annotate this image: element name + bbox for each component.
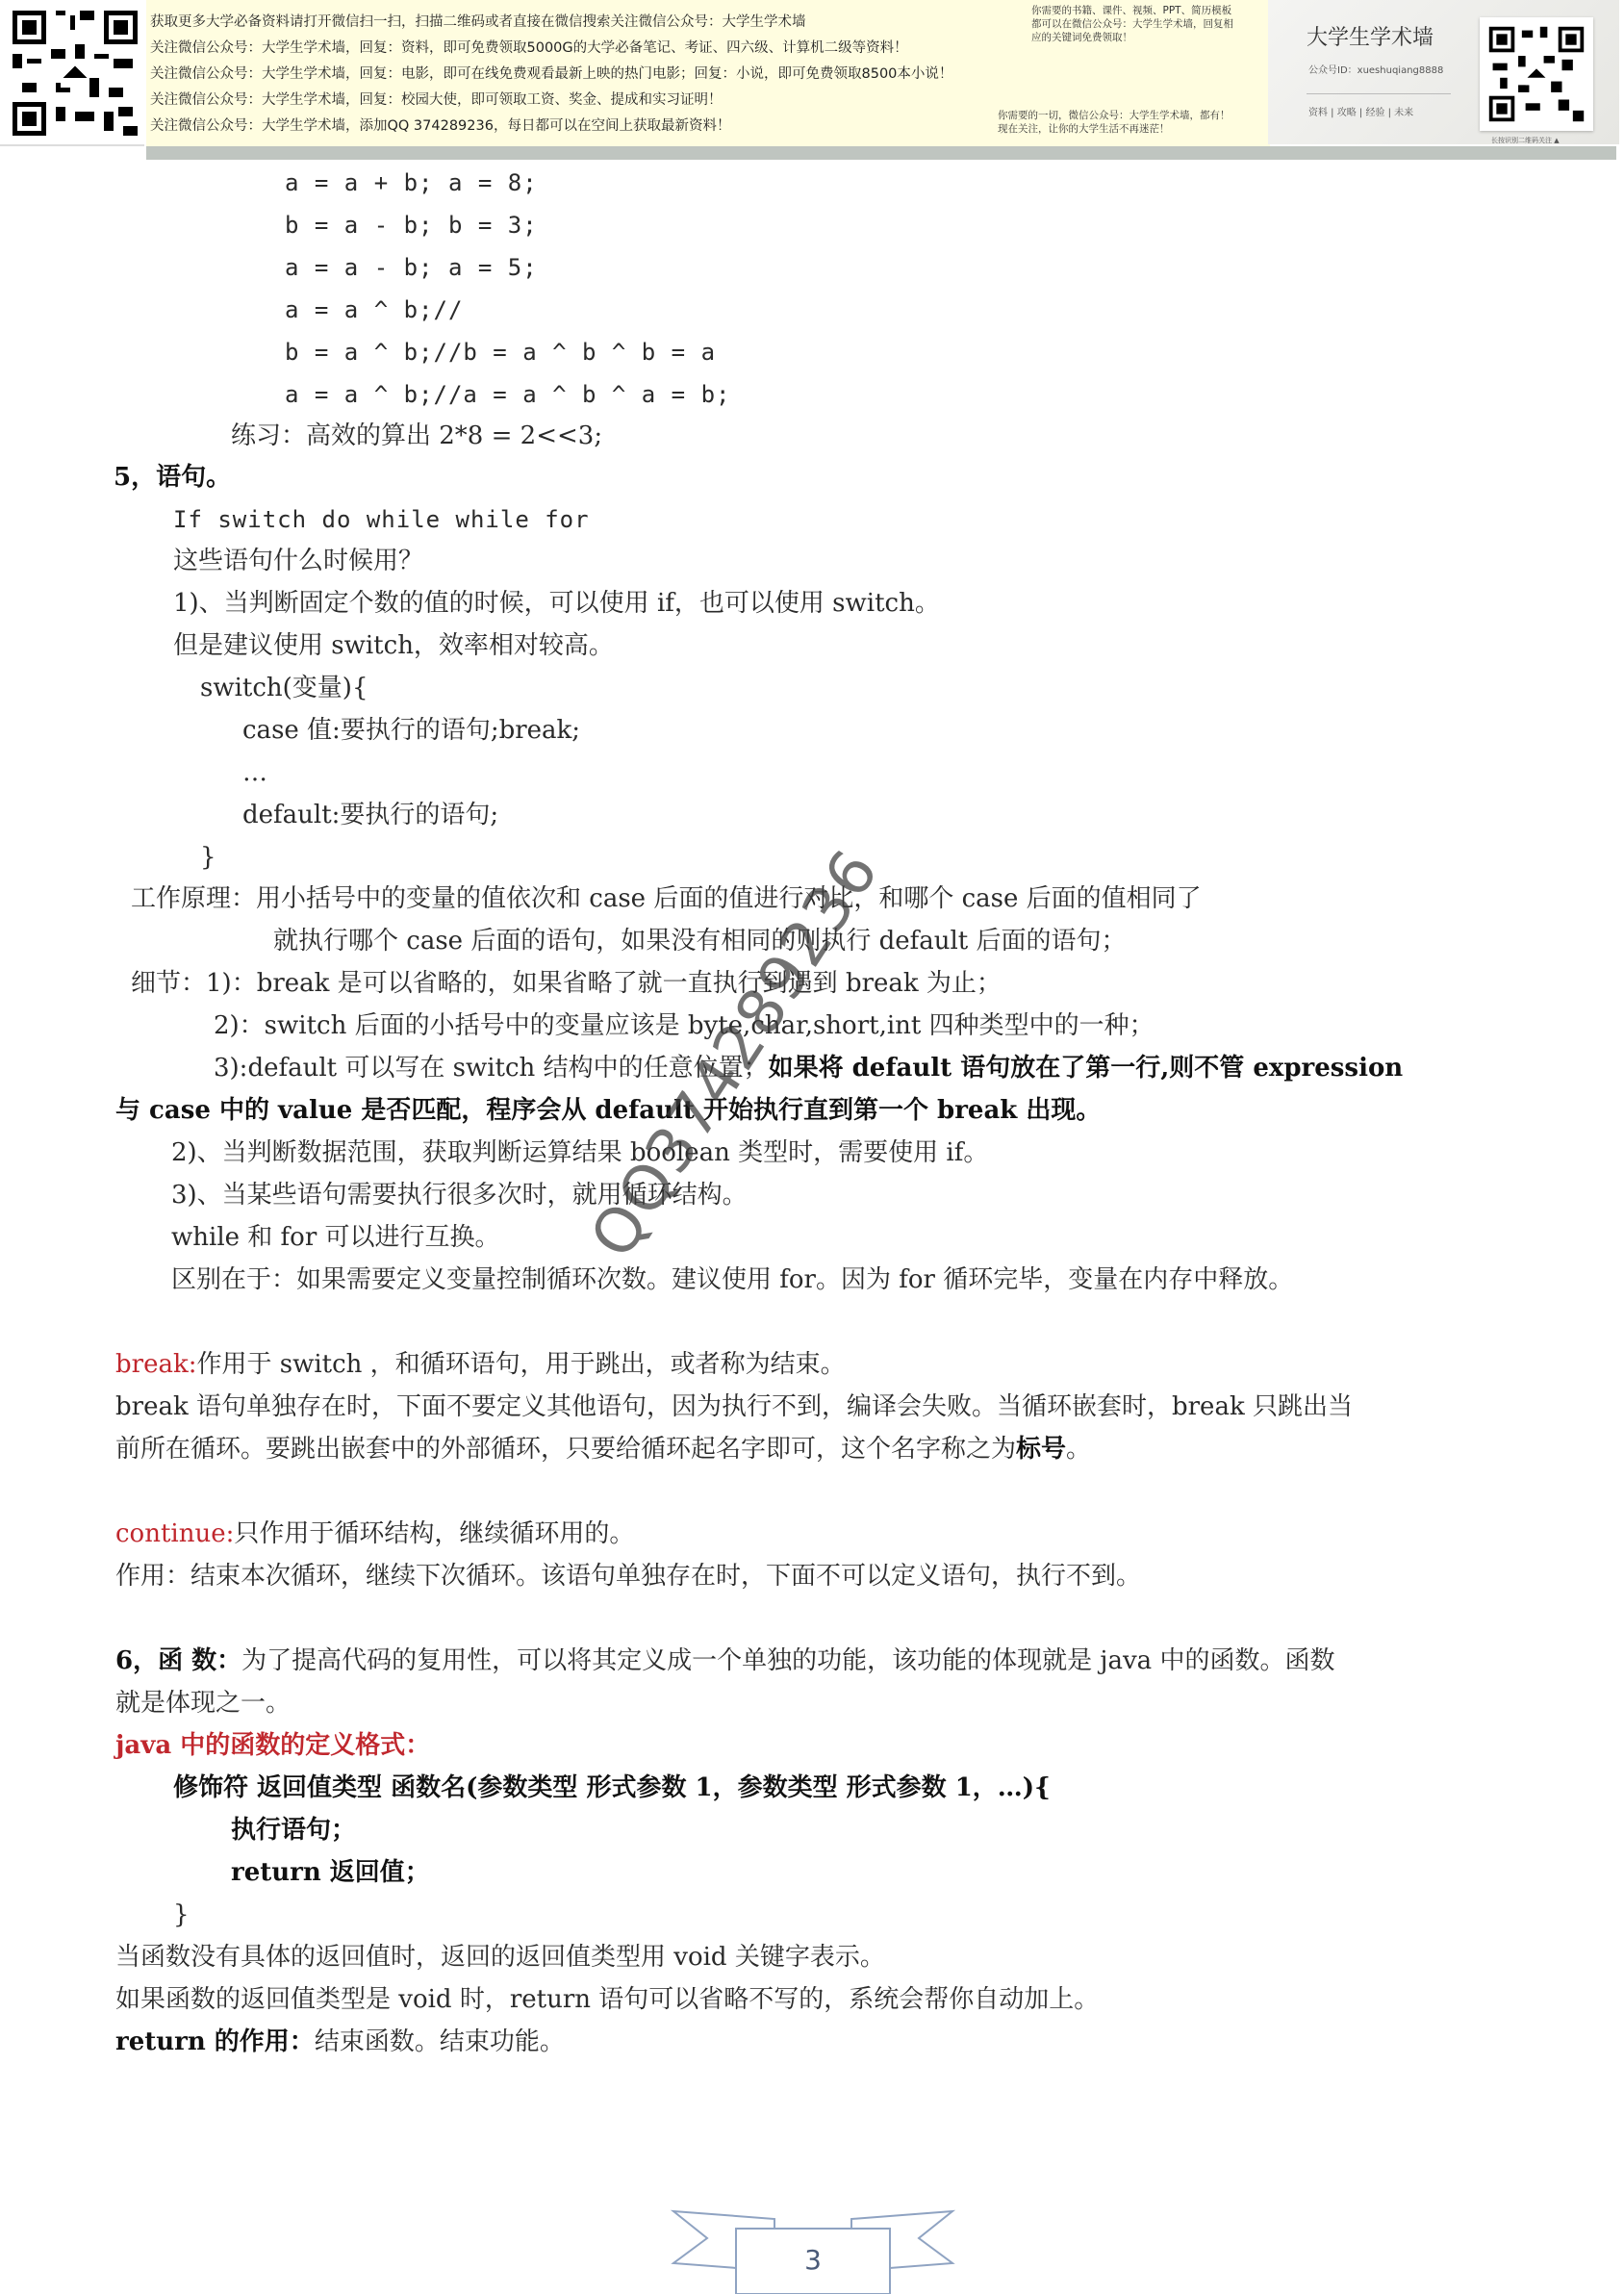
code-line: a = a ^ b;// (285, 294, 463, 325)
promo-note-line: 你需要的书籍、课件、视频、PPT、简历模板 (1031, 4, 1291, 17)
promo-text-panel: 获取更多大学必备资料请打开微信扫一扫，扫描二维码或者直接在微信搜索关注微信公众号… (146, 0, 1270, 146)
promo-note-line: 都可以在微信公众号：大学生学术墙，回复相 (1031, 17, 1291, 31)
label: 工作原理： (131, 884, 256, 913)
code-line: } (200, 842, 216, 873)
paragraph: while 和 for 可以进行互换。 (171, 1222, 500, 1253)
promo-note-line: 现在关注，让你的大学生活不再迷茫！ (998, 122, 1286, 136)
divider (1307, 93, 1451, 94)
subheading: java 中的函数的定义格式： (115, 1730, 430, 1761)
text: 前所在循环。要跳出嵌套中的外部循环，只要给循环起名字即可，这个名字称之为 (115, 1435, 1016, 1464)
text: 用小括号中的变量的值依次和 case 后面的值进行对比，和哪个 case 后面的… (256, 884, 1202, 913)
qr-code-left (8, 6, 142, 140)
code-line: case 值:要执行的语句;break; (242, 715, 580, 746)
code-line: b = a - b; b = 3; (285, 210, 538, 241)
paragraph: 这些语句什么时候用？ (173, 546, 423, 576)
label: return 的作用： (115, 2027, 315, 2056)
paragraph: 3):default 可以写在 switch 结构中的任意位置；如果将 defa… (214, 1053, 1403, 1083)
keyword-list: If switch do while while for (173, 504, 590, 535)
paragraph: 前所在循环。要跳出嵌套中的外部循环，只要给循环起名字即可，这个名字称之为标号。 (115, 1434, 1091, 1465)
paragraph: 就是体现之一。 (115, 1688, 291, 1719)
code-line: return 返回值； (231, 1857, 430, 1888)
promo-line: 关注微信公众号：大学生学术墙，回复：校园大使，即可领取工资、奖金、提成和实习证明… (150, 88, 952, 114)
text: 只作用于循环结构，继续循环用的。 (234, 1519, 634, 1548)
paragraph: 区别在于：如果需要定义变量控制循环次数。建议使用 for。因为 for 循环完毕… (171, 1264, 1293, 1295)
paragraph: 就执行哪个 case 后面的语句，如果没有相同的则执行 default 后面的语… (273, 926, 1127, 956)
code-line: a = a ^ b;//a = a ^ b ^ a = b; (285, 379, 730, 410)
divider (0, 144, 144, 146)
account-title: 大学生学术墙 (1307, 21, 1434, 51)
label: 细节： (131, 969, 206, 998)
page-number: 3 (669, 2244, 957, 2276)
text: 作用于 switch ，和循环语句，用于跳出，或者称为结束。 (196, 1350, 845, 1379)
account-links: 资料 | 攻略 | 经验 | 未来 (1308, 104, 1413, 118)
paragraph: 工作原理：用小括号中的变量的值依次和 case 后面的值进行对比，和哪个 cas… (131, 883, 1202, 914)
paragraph: 2)：switch 后面的小括号中的变量应该是 byte,char,short,… (214, 1010, 1155, 1041)
account-id: 公众号ID：xueshuqiang8888 (1308, 62, 1443, 76)
paragraph: 细节：1)：break 是可以省略的，如果省略了就一直执行到遇到 break 为… (131, 968, 1002, 999)
promo-note-line: 应的关键词免费领取！ (1031, 31, 1291, 44)
paragraph: 但是建议使用 switch，效率相对较高。 (173, 630, 614, 661)
code-line: a = a - b; a = 5; (285, 252, 538, 283)
code-line: } (173, 1899, 190, 1930)
code-line: b = a ^ b;//b = a ^ b ^ b = a (285, 337, 716, 368)
code-line: 修饰符 返回值类型 函数名(参数类型 形式参数 1，参数类型 形式参数 1，…)… (173, 1772, 1051, 1803)
account-card: 大学生学术墙 公众号ID：xueshuqiang8888 资料 | 攻略 | 经… (1268, 0, 1619, 144)
promo-note-line: 你需要的一切，微信公众号：大学生学术墙，都有！ (998, 109, 1286, 122)
paragraph: break 语句单独存在时，下面不要定义其他语句，因为执行不到，编译会失败。当循… (115, 1391, 1353, 1422)
paragraph: break:作用于 switch ，和循环语句，用于跳出，或者称为结束。 (115, 1349, 846, 1380)
paragraph: 1)、当判断固定个数的值的时候，可以使用 if，也可以使用 switch。 (173, 588, 940, 619)
text: 结束函数。结束功能。 (315, 2027, 565, 2056)
code-line: default:要执行的语句; (242, 800, 498, 830)
text: 为了提高代码的复用性，可以将其定义成一个单独的功能，该功能的体现就是 java … (241, 1646, 1334, 1675)
promo-line: 关注微信公众号：大学生学术墙，回复：资料，即可免费领取5000G的大学必备笔记、… (150, 36, 952, 62)
promo-line: 获取更多大学必备资料请打开微信扫一扫，扫描二维码或者直接在微信搜索关注微信公众号… (150, 10, 952, 36)
code-line: switch(变量){ (200, 673, 368, 703)
header-strip (146, 146, 1616, 160)
bold-text: 标号 (1016, 1435, 1066, 1464)
bold-text: 如果将 default 语句放在了第一行,则不管 expression (769, 1054, 1404, 1083)
paragraph: continue:只作用于循环结构，继续循环用的。 (115, 1518, 634, 1549)
promo-note-top: 你需要的书籍、课件、视频、PPT、简历模板 都可以在微信公众号：大学生学术墙，回… (1022, 4, 1291, 44)
qr-code-icon (8, 6, 142, 140)
promo-note-bottom: 你需要的一切，微信公众号：大学生学术墙，都有！ 现在关注，让你的大学生活不再迷茫… (998, 109, 1286, 136)
code-line: … (242, 757, 267, 788)
keyword-break: break: (115, 1350, 196, 1379)
paragraph: 作用：结束本次循环，继续下次循环。该语句单独存在时，下面不可以定义语句，执行不到… (115, 1561, 1141, 1592)
exercise-text: 练习：高效的算出 2*8 = 2<<3; (231, 421, 602, 451)
qr-code-right (1480, 17, 1593, 131)
bold-paragraph: 与 case 中的 value 是否匹配，程序会从 default 开始执行直到… (115, 1095, 1101, 1126)
code-line: a = a + b; a = 8; (285, 167, 538, 198)
paragraph: 如果函数的返回值类型是 void 时，return 语句可以省略不写的，系统会帮… (115, 1984, 1099, 2015)
paragraph: 当函数没有具体的返回值时，返回的返回值类型用 void 关键字表示。 (115, 1942, 885, 1973)
text: 1)：break 是可以省略的，如果省略了就一直执行到遇到 break 为止； (206, 969, 1002, 998)
qr-code-icon (1485, 23, 1587, 125)
keyword-continue: continue: (115, 1519, 234, 1548)
text: 。 (1066, 1435, 1091, 1464)
promo-line: 关注微信公众号：大学生学术墙，回复：电影，即可在线免费观看最新上映的热门电影；回… (150, 62, 952, 88)
code-line: 执行语句； (231, 1815, 356, 1846)
promo-line: 关注微信公众号：大学生学术墙，添加QQ 374289236，每日都可以在空间上获… (150, 114, 952, 140)
page-footer: 3 (669, 2204, 957, 2294)
qr-caption: 长按识别二维码关注 ▲ (1491, 136, 1560, 145)
section-heading: 5，语句。 (114, 462, 231, 493)
paragraph: return 的作用：结束函数。结束功能。 (115, 2026, 565, 2057)
promo-banner: 获取更多大学必备资料请打开微信扫一扫，扫描二维码或者直接在微信搜索关注微信公众号… (0, 0, 1624, 146)
paragraph: 6，函 数：为了提高代码的复用性，可以将其定义成一个单独的功能，该功能的体现就是… (115, 1645, 1334, 1676)
section-heading: 6，函 数： (115, 1646, 241, 1675)
paragraph: 2)、当判断数据范围，获取判断运算结果 boolean 类型时，需要使用 if。 (171, 1137, 988, 1168)
